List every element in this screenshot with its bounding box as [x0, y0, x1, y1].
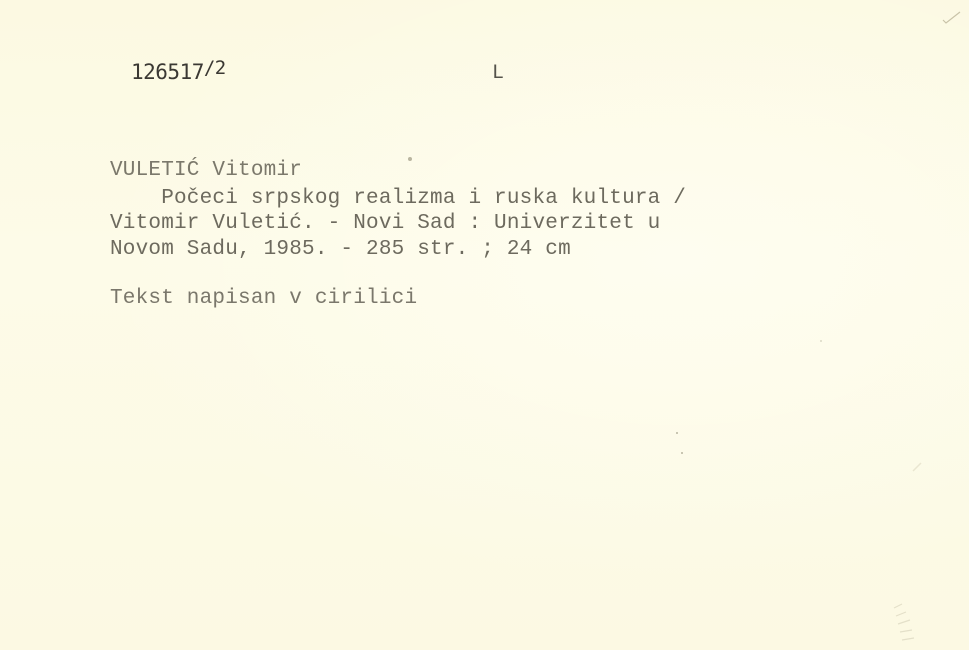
description-line-title: Počeci srpskog realizma i ruska kultura … [110, 188, 686, 209]
description-line-imprint: Novom Sadu, 1985. - 285 str. ; 24 cm [110, 239, 571, 260]
ink-speck [681, 452, 683, 454]
author-heading: VULETIĆ Vitomir [110, 160, 302, 181]
description-line-responsibility: Vitomir Vuletić. - Novi Sad : Univerzite… [110, 213, 661, 234]
catalog-card: 126517/2 L VULETIĆ Vitomir Počeci srpsko… [0, 0, 969, 650]
card-note: Tekst napisan v cirilici [110, 288, 417, 309]
call-number-suffix: /2 [204, 57, 226, 79]
ink-speck [408, 157, 412, 161]
call-number-main: 126517 [131, 60, 204, 84]
ink-speck [820, 340, 822, 342]
faint-mark [910, 460, 924, 474]
location-code: L [492, 64, 504, 84]
call-number: 126517/2 [131, 62, 226, 83]
ink-speck [676, 432, 678, 434]
check-mark-icon [941, 10, 961, 24]
faint-stamp-mark [888, 600, 924, 645]
